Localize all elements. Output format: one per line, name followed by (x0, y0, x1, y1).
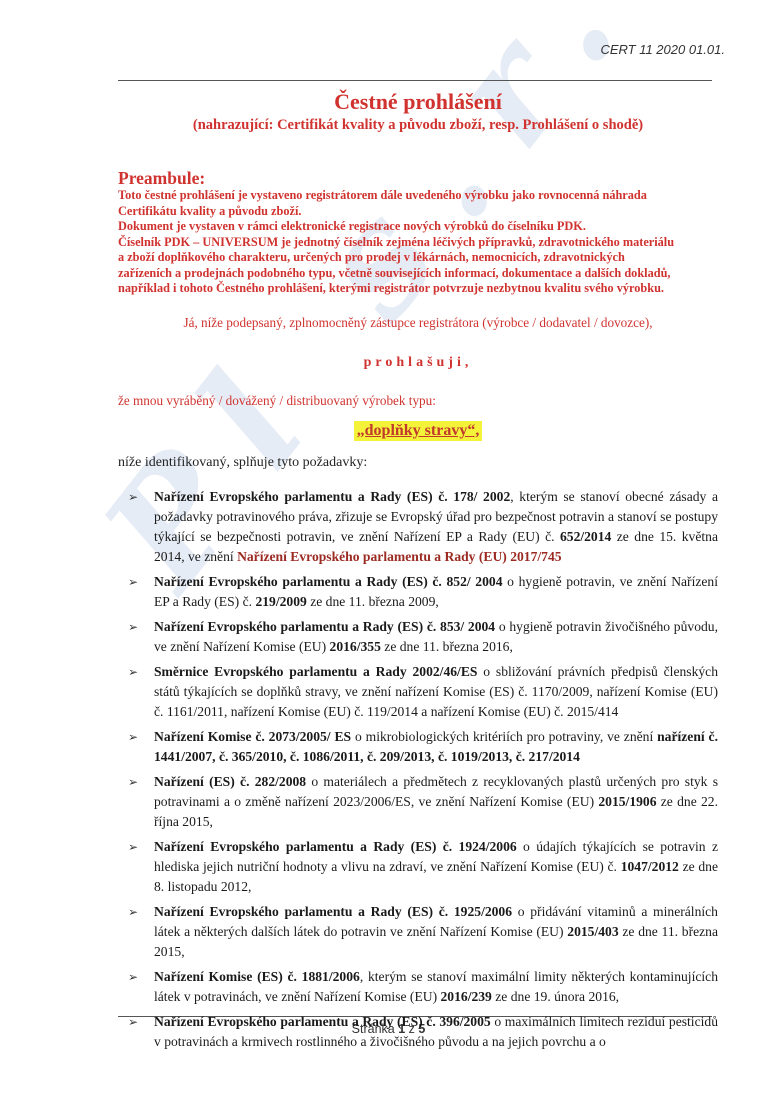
document-title: Čestné prohlášení (118, 88, 718, 116)
preamble-line: například i tohoto Čestného prohlášení, … (118, 281, 718, 297)
arrow-bullet-icon: ➢ (128, 727, 138, 747)
product-type-value: „doplňky stravy“, (354, 421, 483, 441)
requirement-item: ➢Nařízení Evropského parlamentu a Rady (… (118, 487, 718, 567)
document-page: Pl s.r.o. CERT 11 2020 01.01. Čestné pro… (0, 0, 777, 1100)
declarant-statement: Já, níže podepsaný, zplnomocněný zástupc… (118, 315, 718, 331)
regulation-reference: 2016/355 (330, 639, 381, 654)
arrow-bullet-icon: ➢ (128, 1012, 138, 1032)
regulation-text: ze dne 11. března 2009, (307, 594, 439, 609)
regulation-name: Nařízení Evropského parlamentu a Rady (E… (154, 574, 503, 589)
requirement-item: ➢Nařízení Evropského parlamentu a Rady (… (118, 902, 718, 962)
regulation-reference: 1047/2012 (621, 859, 679, 874)
arrow-bullet-icon: ➢ (128, 837, 138, 857)
regulation-name: Nařízení Evropského parlamentu a Rady (E… (154, 1014, 491, 1029)
regulation-reference: 652/2014 (560, 529, 611, 544)
requirement-item: ➢Nařízení Evropského parlamentu a Rady (… (118, 1012, 718, 1052)
regulation-name: Nařízení Komise (ES) č. 1881/2006 (154, 969, 360, 984)
requirement-item: ➢Nařízení Komise č. 2073/2005/ ES o mikr… (118, 727, 718, 767)
preamble-text: Toto čestné prohlášení je vystaveno regi… (118, 188, 718, 297)
requirement-item: ➢Nařízení (ES) č. 282/2008 o materiálech… (118, 772, 718, 832)
requirement-item: ➢Nařízení Evropského parlamentu a Rady (… (118, 572, 718, 612)
declare-word: prohlašuji, (118, 355, 718, 371)
regulation-reference: 2015/403 (567, 924, 618, 939)
arrow-bullet-icon: ➢ (128, 967, 138, 987)
regulation-name: Nařízení (ES) č. 282/2008 (154, 774, 306, 789)
preamble-line: Toto čestné prohlášení je vystaveno regi… (118, 188, 718, 204)
header-divider (118, 80, 712, 81)
regulation-text: ze dne 19. února 2016, (492, 989, 619, 1004)
document-body: Čestné prohlášení (nahrazující: Certifik… (118, 88, 718, 1057)
preamble-line: Certifikátu kvality a původu zboží. (118, 204, 718, 220)
requirement-item: ➢Nařízení Evropského parlamentu a Rady (… (118, 617, 718, 657)
regulation-name: Nařízení Evropského parlamentu a Rady (E… (154, 904, 512, 919)
regulation-reference: Nařízení Evropského parlamentu a Rady (E… (237, 549, 562, 564)
requirements-list: ➢Nařízení Evropského parlamentu a Rady (… (118, 487, 718, 1052)
requirement-item: ➢Nařízení Komise (ES) č. 1881/2006, kter… (118, 967, 718, 1007)
regulation-name: Nařízení Komise č. 2073/2005/ ES (154, 729, 351, 744)
requirement-item: ➢Nařízení Evropského parlamentu a Rady (… (118, 837, 718, 897)
regulation-reference: 2015/1906 (598, 794, 656, 809)
regulation-name: Nařízení Evropského parlamentu a Rady (E… (154, 839, 517, 854)
arrow-bullet-icon: ➢ (128, 902, 138, 922)
product-type-label: že mnou vyráběný / dovážený / distribuov… (118, 393, 718, 409)
regulation-text: ze dne 11. března 2016, (381, 639, 513, 654)
preamble-line: a zboží doplňkového charakteru, určených… (118, 250, 718, 266)
regulation-name: Nařízení Evropského parlamentu a Rady (E… (154, 619, 495, 634)
arrow-bullet-icon: ➢ (128, 617, 138, 637)
arrow-bullet-icon: ➢ (128, 572, 138, 592)
document-subtitle: (nahrazující: Certifikát kvality a původ… (118, 116, 718, 134)
regulation-name: Nařízení Evropského parlamentu a Rady (E… (154, 489, 510, 504)
regulation-reference: 219/2009 (255, 594, 306, 609)
regulation-text: o mikrobiologických kritériích pro potra… (351, 729, 657, 744)
document-code: CERT 11 2020 01.01. (600, 42, 725, 57)
preamble-line: zařízeních a prodejnách podobného typu, … (118, 266, 718, 282)
regulation-name: Směrnice Evropského parlamentu a Rady 20… (154, 664, 477, 679)
preamble-line: Číselník PDK – UNIVERSUM je jednotný čís… (118, 235, 718, 251)
requirements-intro: níže identifikovaný, splňuje tyto požada… (118, 455, 718, 471)
requirement-item: ➢Směrnice Evropského parlamentu a Rady 2… (118, 662, 718, 722)
arrow-bullet-icon: ➢ (128, 772, 138, 792)
preamble-heading: Preambule: (118, 168, 718, 188)
regulation-reference: 2016/239 (441, 989, 492, 1004)
preamble-line: Dokument je vystaven v rámci elektronick… (118, 219, 718, 235)
arrow-bullet-icon: ➢ (128, 662, 138, 682)
arrow-bullet-icon: ➢ (128, 487, 138, 507)
